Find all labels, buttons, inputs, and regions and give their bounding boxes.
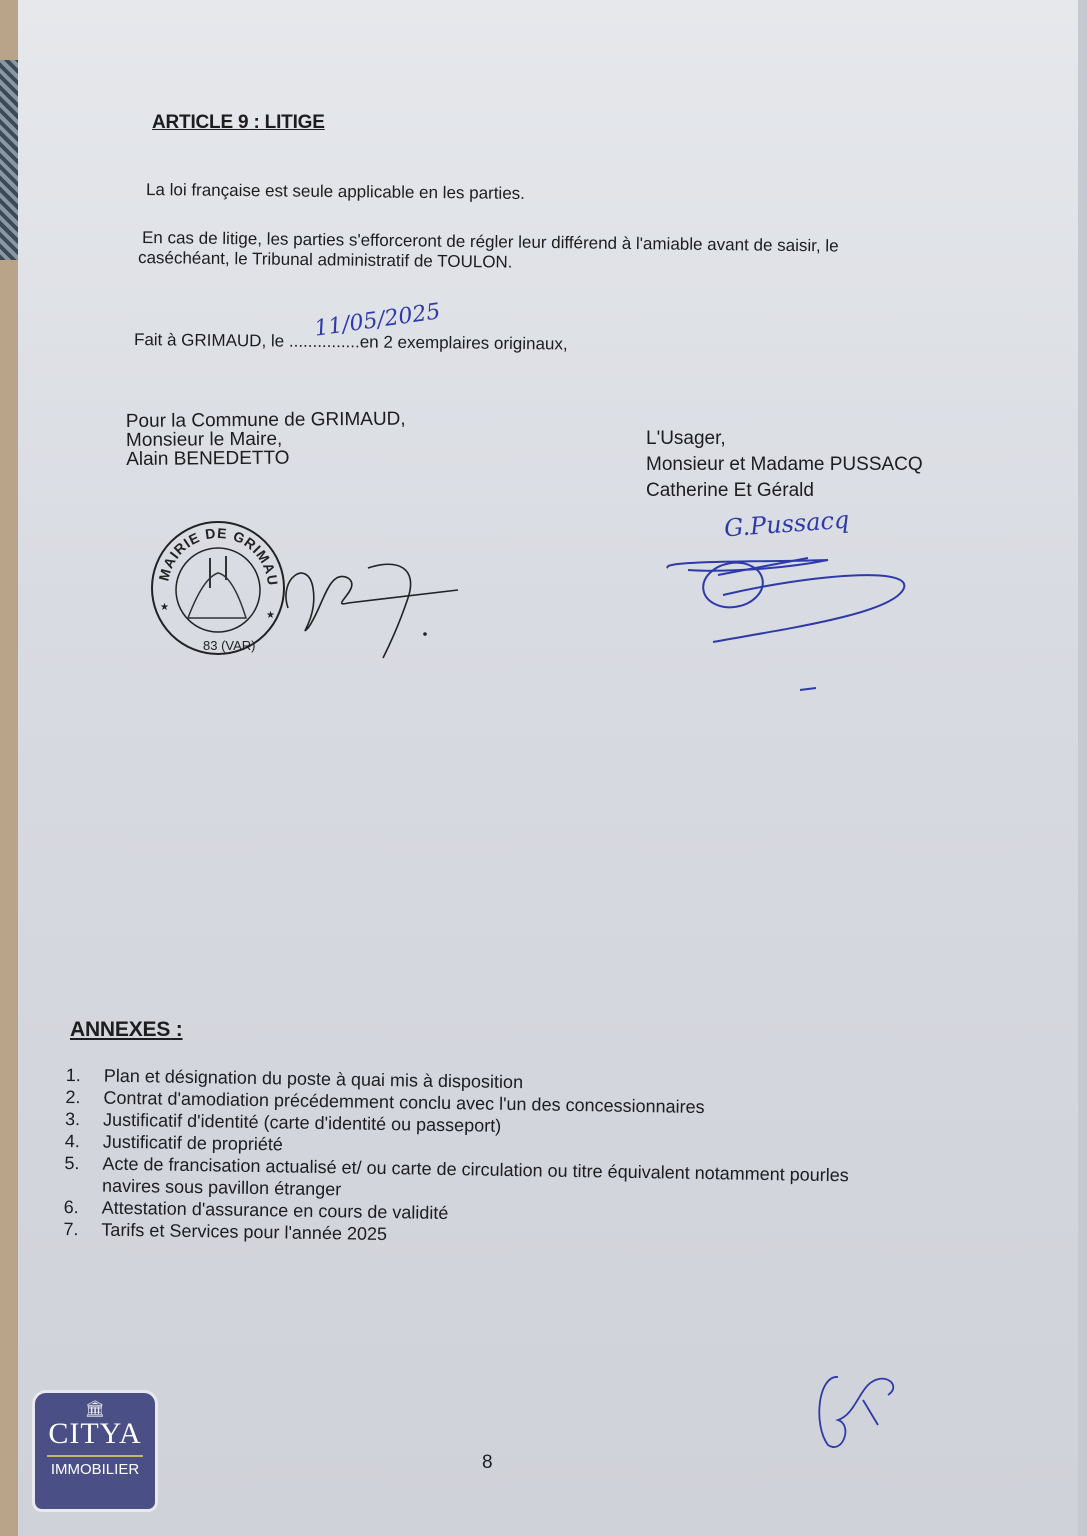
mairie-stamp-icon: MAIRIE DE GRIMAUD 83 (VAR) ★ ★ — [148, 518, 288, 658]
annex-number: 6. — [64, 1196, 79, 1218]
user-signatory-line2: Monsieur et Madame PUSSACQ — [646, 452, 923, 478]
annex-text: Tarifs et Services pour l'année 2025 — [101, 1220, 387, 1244]
svg-text:★: ★ — [160, 602, 169, 613]
annex-number: 5. — [64, 1152, 79, 1174]
annex-text: navires sous pavillon étranger — [102, 1176, 341, 1200]
annexes-colon: : — [170, 1018, 182, 1041]
user-handwritten-name: G.Pussacq — [723, 506, 850, 543]
annex-number: 3. — [65, 1108, 80, 1130]
article-number: ARTICLE 9 — [152, 112, 248, 133]
watermark-brand: CITYA — [35, 1417, 155, 1451]
watermark-divider — [47, 1455, 143, 1457]
article-heading: ARTICLE 9 : LITIGE — [152, 112, 325, 134]
paragraph-litigation-line2: caséchéant, le Tribunal administratif de… — [138, 248, 513, 273]
watermark-subtitle: IMMOBILIER — [35, 1461, 155, 1478]
commune-signatory-line3: Alain BENEDETTO — [126, 448, 406, 469]
page-number: 8 — [482, 1452, 493, 1474]
initials-icon — [808, 1365, 908, 1455]
date-line-prefix: Fait à GRIMAUD, le — [134, 330, 284, 351]
commune-signatory-block: Pour la Commune de GRIMAUD, Monsieur le … — [126, 410, 406, 469]
user-signatory-line3: Catherine Et Gérald — [646, 478, 923, 504]
annexes-title: ANNEXES — [70, 1018, 170, 1041]
article-title: LITIGE — [265, 112, 325, 133]
paragraph-applicable-law: La loi française est seule applicable en… — [146, 180, 525, 204]
mayor-signature-icon — [268, 548, 468, 668]
annex-number: 4. — [65, 1130, 80, 1152]
column-capital-icon: 🏛 — [35, 1399, 155, 1419]
article-separator: : — [248, 112, 264, 133]
stamp-bottom-text: 83 (VAR) — [203, 638, 256, 653]
annexes-list: 1.Plan et désignation du poste à quai mi… — [63, 1064, 850, 1252]
stamp-top-text: MAIRIE DE GRIMAUD — [142, 505, 281, 587]
document-page: ARTICLE 9 : LITIGE La loi française est … — [18, 0, 1078, 1536]
date-line-suffix: en 2 exemplaires originaux, — [360, 332, 568, 353]
annex-number: 1. — [66, 1064, 81, 1086]
user-signatory-block: L'Usager, Monsieur et Madame PUSSACQ Cat… — [646, 426, 923, 504]
annex-number: 2. — [65, 1086, 80, 1108]
svg-text:MAIRIE DE GRIMAUD: MAIRIE DE GRIMAUD — [142, 505, 281, 587]
user-signature-icon — [658, 550, 938, 700]
annexes-heading: ANNEXES : — [70, 1018, 183, 1042]
citya-watermark-logo: 🏛 CITYA IMMOBILIER — [32, 1390, 158, 1512]
annex-number: 7. — [63, 1218, 78, 1240]
annex-text: Justificatif de propriété — [103, 1132, 283, 1155]
user-signatory-line1: L'Usager, — [646, 426, 923, 452]
